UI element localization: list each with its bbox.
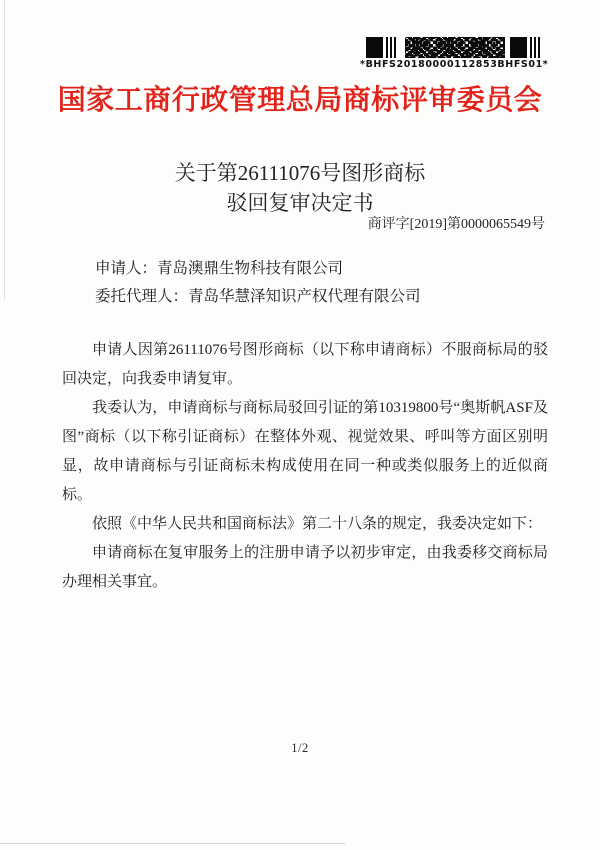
document-page: *BHFS20180000112853BHFS01* 国家工商行政管理总局商标评… (0, 0, 600, 850)
agent-label: 委托代理人： (95, 288, 188, 305)
applicant-row: 申请人：青岛澳鼎生物科技有限公司 (95, 255, 421, 283)
barcode-bars-icon (386, 37, 398, 58)
body-paragraph: 申请人因第26111076号图形商标（以下称申请商标）不服商标局的驳回决定，向我… (62, 336, 548, 394)
barcode: *BHFS20180000112853BHFS01* (360, 37, 548, 70)
barcode-text: *BHFS20180000112853BHFS01* (360, 59, 548, 70)
body-paragraph: 我委认为，申请商标与商标局驳回引证的第10319800号“奥斯帆ASF及图”商标… (62, 394, 548, 510)
barcode-matrix-icon (405, 37, 505, 58)
doc-title: 关于第26111076号图形商标 驳回复审决定书 (0, 158, 600, 218)
body-paragraph: 申请商标在复审服务上的注册申请予以初步审定，由我委移交商标局办理相关事宜。 (62, 539, 548, 597)
barcode-symbol (360, 37, 548, 58)
agent-name: 青岛华慧泽知识产权代理有限公司 (188, 288, 421, 305)
barcode-block-icon (510, 37, 527, 58)
scan-artifact-bottom (0, 843, 345, 844)
ref-number: 商评字[2019]第0000065549号 (368, 213, 545, 233)
scan-artifact-left (4, 0, 5, 300)
decision-body: 申请人因第26111076号图形商标（以下称申请商标）不服商标局的驳回决定，向我… (62, 336, 548, 597)
org-title: 国家工商行政管理总局商标评审委员会 (0, 78, 600, 118)
barcode-block-icon (366, 37, 383, 58)
applicant-label: 申请人： (95, 260, 157, 277)
parties-block: 申请人：青岛澳鼎生物科技有限公司 委托代理人：青岛华慧泽知识产权代理有限公司 (95, 255, 421, 311)
body-paragraph: 依照《中华人民共和国商标法》第二十八条的规定，我委决定如下： (62, 510, 548, 539)
applicant-name: 青岛澳鼎生物科技有限公司 (157, 260, 343, 277)
doc-title-line1: 关于第26111076号图形商标 (0, 158, 600, 188)
agent-row: 委托代理人：青岛华慧泽知识产权代理有限公司 (95, 283, 421, 311)
barcode-bars-icon (530, 37, 542, 58)
page-number: 1/2 (0, 741, 600, 756)
